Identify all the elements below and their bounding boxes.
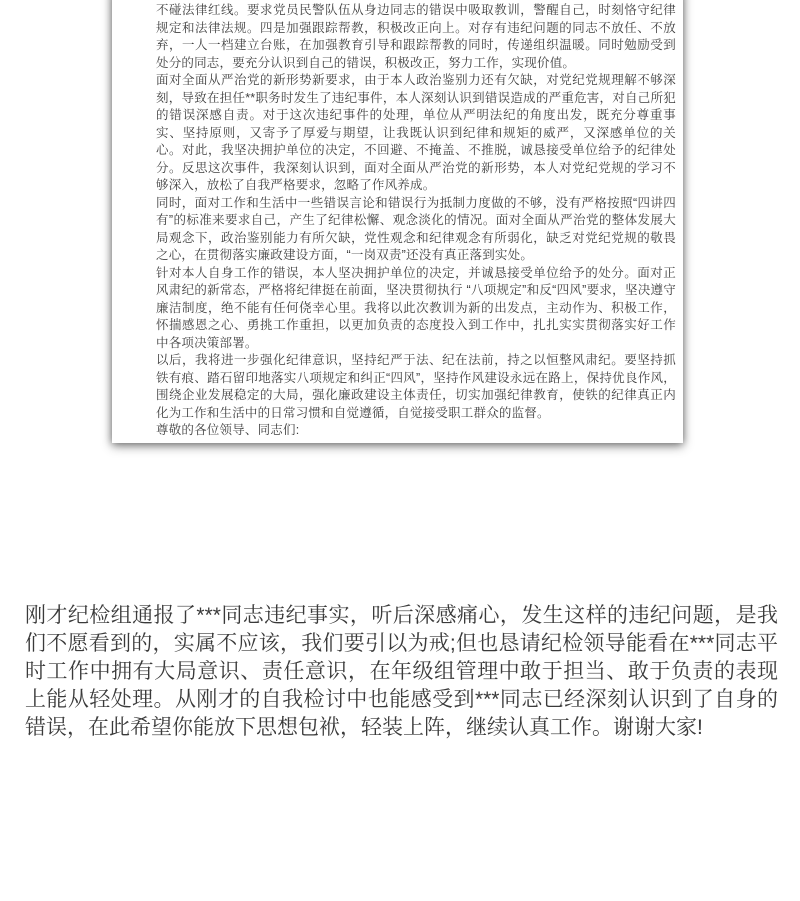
document-paragraph: 以后，我将进一步强化纪律意识，坚持纪严于法、纪在法前，持之以恒整风肃纪。要坚持抓… <box>156 352 676 422</box>
document-text: 不碰法律红线。要求党员民警队伍从身边同志的错误中吸取教训，警醒自己，时刻恪守纪律… <box>156 2 676 440</box>
document-paragraph: 不碰法律红线。要求党员民警队伍从身边同志的错误中吸取教训，警醒自己，时刻恪守纪律… <box>156 2 676 72</box>
document-paragraph: 尊敬的各位领导、同志们: <box>156 422 676 440</box>
page-background: { "document_page": { "paragraphs": [ "不碰… <box>0 0 800 901</box>
document-paragraph: 针对本人自身工作的错误，本人坚决拥护单位的决定，并诚恳接受单位给予的处分。面对正… <box>156 265 676 353</box>
document-preview-page: 不碰法律红线。要求党员民警队伍从身边同志的错误中吸取教训，警醒自己，时刻恪守纪律… <box>112 0 683 443</box>
speech-paragraph: 刚才纪检组通报了***同志违纪事实，听后深感痛心，发生这样的违纪问题，是我们不愿… <box>25 602 778 742</box>
document-paragraph: 面对全面从严治党的新形势新要求，由于本人政治鉴别力还有欠缺，对党纪党规理解不够深… <box>156 72 676 195</box>
document-paragraph: 同时，面对工作和生活中一些错误言论和错误行为抵制力度做的不够，没有严格按照“四讲… <box>156 195 676 265</box>
